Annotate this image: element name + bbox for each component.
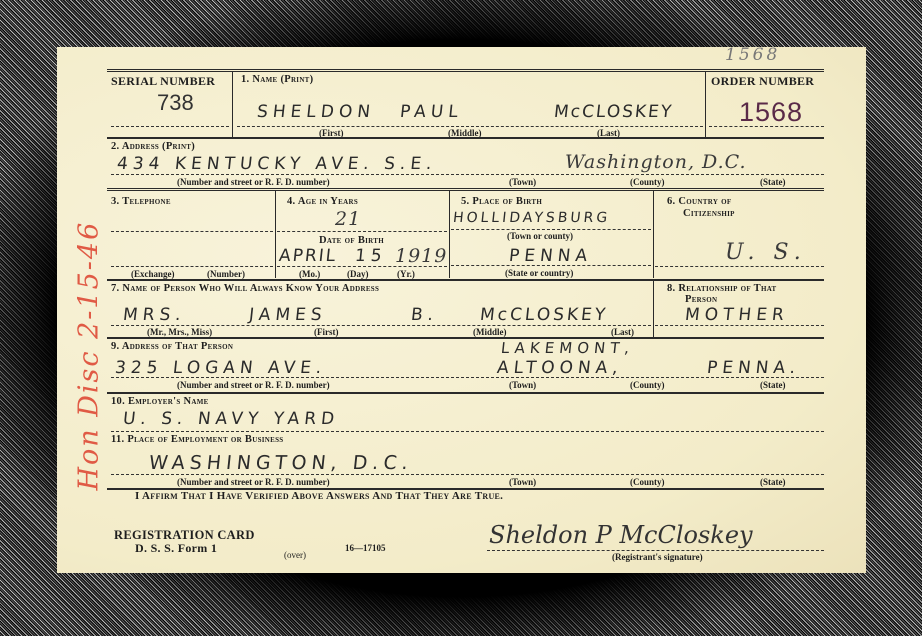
sub-day: (Day) <box>347 269 369 279</box>
employment-place-line <box>111 474 824 475</box>
rule <box>107 337 824 339</box>
sub-town: (Town) <box>509 477 536 487</box>
name-label: 1. Name (Print) <box>241 74 313 85</box>
contact-address-town-2: ALTOONA, <box>496 358 624 378</box>
contact-label: 7. Name of Person Who Will Always Know Y… <box>111 283 379 294</box>
form-code: 16—17105 <box>345 543 386 553</box>
citizenship-line <box>655 266 824 267</box>
contact-address-label: 9. Address of That Person <box>111 341 233 352</box>
sub-state: (State) <box>760 477 786 487</box>
sub-town: (Town) <box>509 380 536 390</box>
address-label: 2. Address (Print) <box>111 141 195 152</box>
margin-note: Hon Disc 2-15-46 <box>74 131 105 491</box>
dob-line <box>277 266 447 267</box>
contact-address-street: 325 LOGAN AVE. <box>114 358 327 378</box>
address-town-state: Washington, D.C. <box>565 151 747 173</box>
citizenship-label-2: Citizenship <box>683 208 735 219</box>
contact-line <box>111 325 651 326</box>
contact-last: McCLOSKEY <box>479 305 609 325</box>
birthplace-label: 5. Place of Birth <box>461 196 542 207</box>
telephone-line <box>111 266 273 267</box>
rule <box>107 137 824 139</box>
citizenship-label-1: 6. Country of <box>667 196 731 207</box>
contact-address-state: PENNA. <box>706 358 801 378</box>
telephone-line <box>111 231 273 232</box>
dob-month: APRIL <box>278 246 338 266</box>
contact-address-line <box>111 377 824 378</box>
sub-mo: (Mo.) <box>299 269 320 279</box>
birthplace-state: PENNA <box>508 246 593 266</box>
dob-label: Date of Birth <box>319 235 384 246</box>
divider <box>449 190 450 278</box>
sub-state: (State) <box>760 380 786 390</box>
relationship-value: MOTHER <box>684 305 790 325</box>
dob-year: 1919 <box>395 245 447 267</box>
birthplace-line <box>451 229 651 230</box>
employer-label: 10. Employer's Name <box>111 396 209 407</box>
sub-number: (Number) <box>207 269 245 279</box>
age-line <box>277 231 447 232</box>
divider <box>705 71 706 137</box>
order-line <box>709 126 824 127</box>
employment-place-value: WASHINGTON, D.C. <box>148 452 414 474</box>
address-line <box>111 174 824 175</box>
divider <box>232 71 233 137</box>
top-rule <box>107 69 824 72</box>
sub-state-country: (State or country) <box>505 268 573 278</box>
top-pencil-number: 1568 <box>725 45 780 65</box>
sub-street: (Number and street or R. F. D. number) <box>177 380 330 390</box>
sub-first: (First) <box>314 327 339 337</box>
rule <box>107 279 824 281</box>
serial-line <box>111 126 229 127</box>
sub-middle: (Middle) <box>473 327 507 337</box>
order-label: ORDER NUMBER <box>711 74 814 89</box>
employer-line <box>111 431 824 432</box>
registration-card: Hon Disc 2-15-46 1568 SERIAL NUMBER 738 … <box>57 47 866 573</box>
sub-town-county: (Town or county) <box>507 231 573 241</box>
divider <box>275 190 276 278</box>
serial-value: 738 <box>157 90 194 116</box>
name-first: SHELDON <box>256 102 376 122</box>
age-value: 21 <box>335 208 361 230</box>
contact-first: JAMES <box>248 305 328 325</box>
sub-county: (County) <box>630 380 665 390</box>
sub-exchange: (Exchange) <box>131 269 175 279</box>
telephone-label: 3. Telephone <box>111 196 171 207</box>
rule <box>107 392 824 394</box>
name-middle: PAUL <box>399 102 464 122</box>
divider <box>653 281 654 337</box>
sub-town: (Town) <box>509 177 536 187</box>
sub-title: (Mr., Mrs., Miss) <box>147 327 212 337</box>
serial-label: SERIAL NUMBER <box>111 74 215 89</box>
relationship-line <box>655 325 824 326</box>
contact-address-town-1: LAKEMONT, <box>500 339 635 357</box>
signature-line <box>487 550 824 551</box>
over-note: (over) <box>284 550 306 560</box>
employment-place-label: 11. Place of Employment or Business <box>111 434 284 445</box>
form-name: D. S. S. Form 1 <box>135 541 217 556</box>
employer-value: U. S. NAVY YARD <box>122 409 340 429</box>
affirmation-text: I Affirm That I Have Verified Above Answ… <box>135 490 503 502</box>
relationship-label-1: 8. Relationship of That <box>667 283 777 294</box>
sub-yr: (Yr.) <box>397 269 415 279</box>
citizenship-value: U. S. <box>725 240 807 265</box>
rule <box>107 188 824 191</box>
sub-county: (County) <box>630 477 665 487</box>
registrant-signature: Sheldon P McCloskey <box>489 521 753 549</box>
name-last: McCLOSKEY <box>553 102 674 122</box>
address-street: 434 KENTUCKY AVE. S.E. <box>116 154 438 174</box>
sub-street: (Number and street or R. F. D. number) <box>177 477 330 487</box>
name-line <box>237 126 703 127</box>
relationship-label-2: Person <box>685 294 717 305</box>
order-value: 1568 <box>739 97 803 128</box>
signature-caption: (Registrant's signature) <box>612 552 703 562</box>
sub-state: (State) <box>760 177 786 187</box>
contact-title: MRS. <box>122 305 187 325</box>
dob-day: 15 <box>354 246 388 266</box>
birthplace-town: HOLLIDAYSBURG <box>452 210 611 226</box>
sub-last: (Last) <box>611 327 634 337</box>
birthplace-line <box>451 265 651 266</box>
sub-county: (County) <box>630 177 665 187</box>
sub-street: (Number and street or R. F. D. number) <box>177 177 330 187</box>
age-label: 4. Age in Years <box>287 196 358 207</box>
divider <box>653 190 654 278</box>
contact-middle: B. <box>410 305 439 325</box>
